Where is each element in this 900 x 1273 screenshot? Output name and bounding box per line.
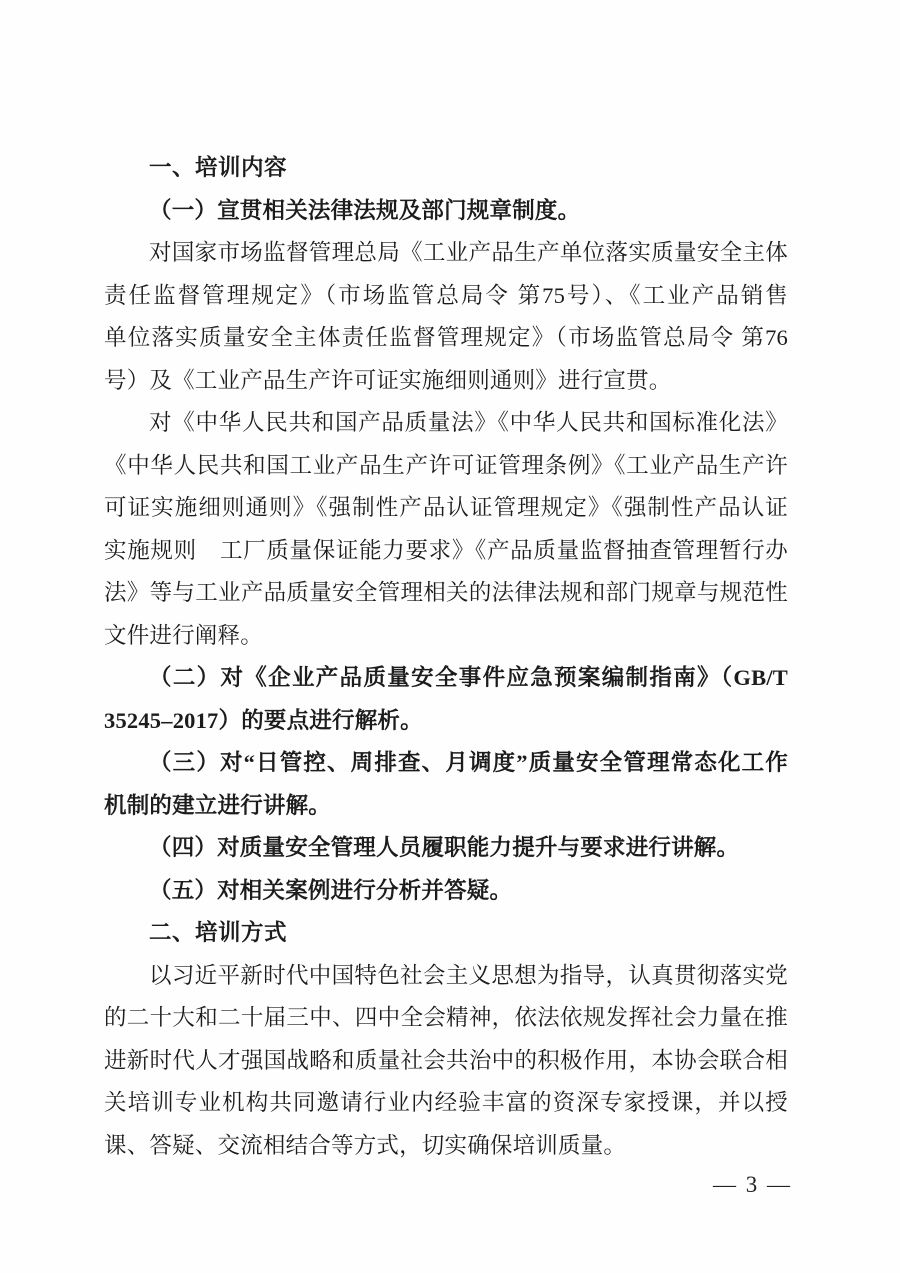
item-3-heading: （三）对“日管控、周排查、月调度”质量安全管理常态化工作 <box>104 742 788 785</box>
paragraph-line: 进新时代人才强国战略和质量社会共治中的积极作用，本协会联合相 <box>104 1040 788 1083</box>
document-page: 一、培训内容 （一）宣贯相关法律法规及部门规章制度。 对国家市场监督管理总局《工… <box>0 0 900 1273</box>
paragraph-line: 对国家市场监督管理总局《工业产品生产单位落实质量安全主体 <box>104 232 788 275</box>
section-2-heading: 二、培训方式 <box>104 912 788 955</box>
paragraph-line: 课、答疑、交流相结合等方式，切实确保培训质量。 <box>104 1125 788 1168</box>
paragraph-line: 号）及《工业产品生产许可证实施细则通则》进行宣贯。 <box>104 360 788 403</box>
paragraph-line: 实施规则 工厂质量保证能力要求》《产品质量监督抽查管理暂行办 <box>104 530 788 573</box>
paragraph-line: 的二十大和二十届三中、四中全会精神，依法依规发挥社会力量在推 <box>104 997 788 1040</box>
paragraph-line: 《中华人民共和国工业产品生产许可证管理条例》《工业产品生产许 <box>104 445 788 488</box>
paragraph-line: 法》等与工业产品质量安全管理相关的法律法规和部门规章与规范性 <box>104 572 788 615</box>
document-body: 一、培训内容 （一）宣贯相关法律法规及部门规章制度。 对国家市场监督管理总局《工… <box>104 147 788 1167</box>
item-1-heading: （一）宣贯相关法律法规及部门规章制度。 <box>104 190 788 233</box>
page-number: — 3 — <box>713 1168 792 1202</box>
section-1-heading: 一、培训内容 <box>104 147 788 190</box>
paragraph-line: 关培训专业机构共同邀请行业内经验丰富的资深专家授课，并以授 <box>104 1082 788 1125</box>
item-2-heading-line: 35245–2017）的要点进行解析。 <box>104 700 788 743</box>
paragraph-line: 以习近平新时代中国特色社会主义思想为指导，认真贯彻落实党 <box>104 955 788 998</box>
paragraph-line: 责任监督管理规定》（市场监管总局令 第75号）、《工业产品销售 <box>104 275 788 318</box>
item-5-heading: （五）对相关案例进行分析并答疑。 <box>104 870 788 913</box>
paragraph-line: 文件进行阐释。 <box>104 615 788 658</box>
paragraph-line: 对《中华人民共和国产品质量法》《中华人民共和国标准化法》 <box>104 402 788 445</box>
item-3-heading-line: 机制的建立进行讲解。 <box>104 785 788 828</box>
paragraph-line: 单位落实质量安全主体责任监督管理规定》（市场监管总局令 第76 <box>104 317 788 360</box>
item-4-heading: （四）对质量安全管理人员履职能力提升与要求进行讲解。 <box>104 827 788 870</box>
item-2-heading: （二）对《企业产品质量安全事件应急预案编制指南》（GB/T <box>104 657 788 700</box>
paragraph-line: 可证实施细则通则》《强制性产品认证管理规定》《强制性产品认证 <box>104 487 788 530</box>
